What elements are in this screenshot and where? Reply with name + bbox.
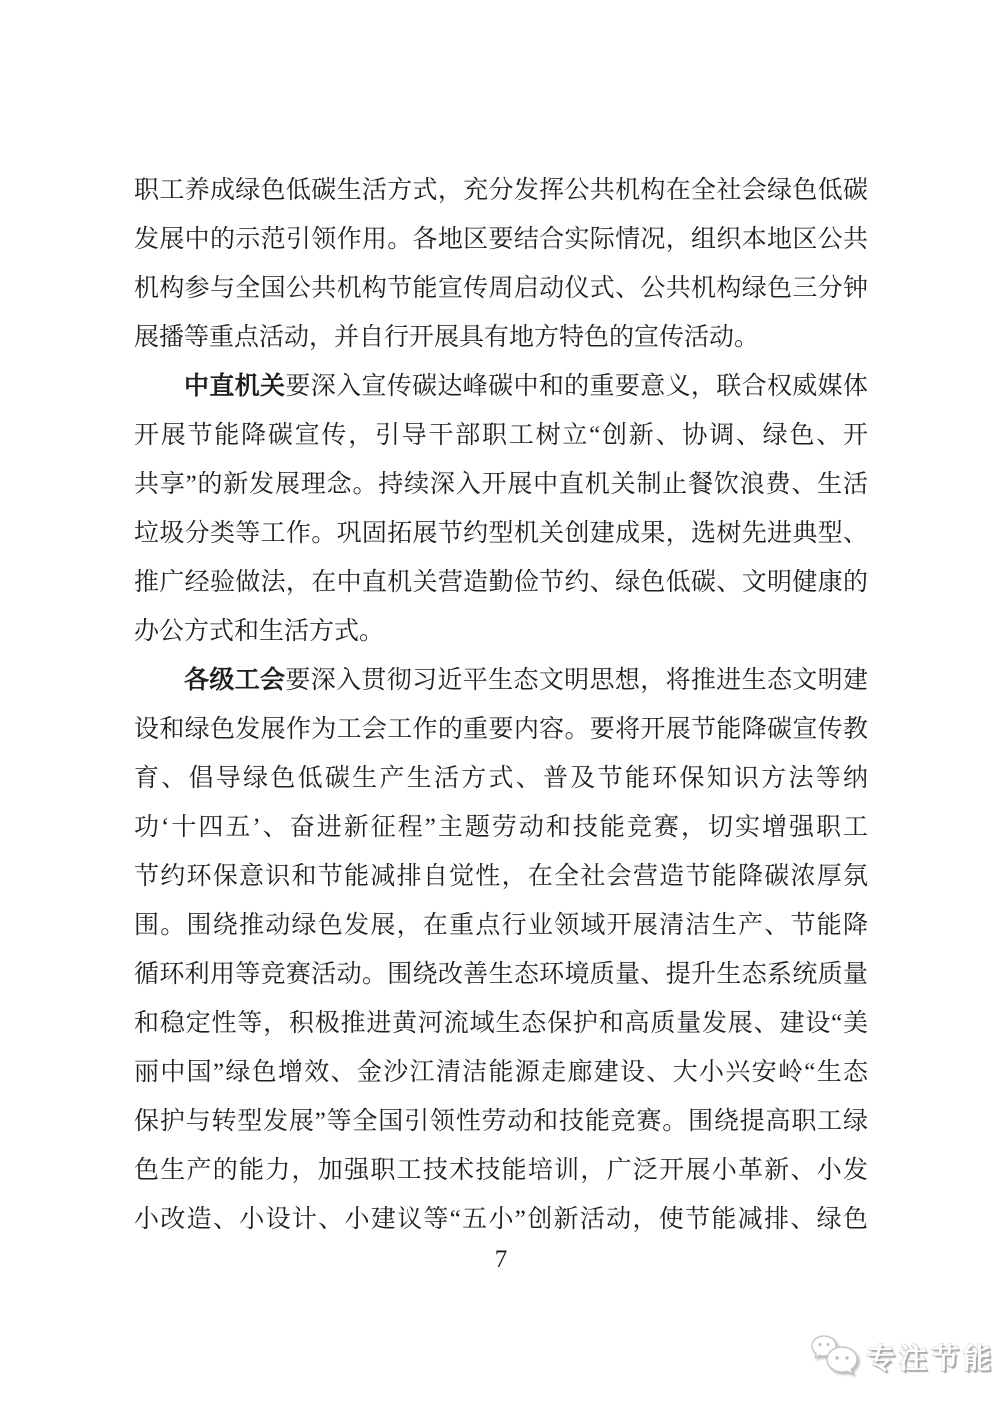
text-segment: 推广经验做法，在中直机关营造勤俭节约、绿色低碳、文明健康的	[134, 569, 868, 596]
text-line: 开展节能降碳宣传，引导干部职工树立“创新、协调、绿色、开放、	[134, 411, 868, 460]
text-line: 共享”的新发展理念。持续深入开展中直机关制止餐饮浪费、生活	[134, 460, 868, 509]
watermark: 专注节能	[810, 1334, 992, 1380]
text-segment: 和稳定性等，积极推进黄河流域生态保护和高质量发展、建设“美	[134, 1010, 868, 1037]
text-line: 垃圾分类等工作。巩固拓展节约型机关创建成果，选树先进典型、	[134, 509, 868, 558]
text-line: 办公方式和生活方式。	[134, 607, 868, 656]
text-line: 循环利用等竞赛活动。围绕改善生态环境质量、提升生态系统质量	[134, 950, 868, 999]
page-number: 7	[134, 1240, 868, 1280]
text-line: 色生产的能力，加强职工技术技能培训，广泛开展小革新、小发明、	[134, 1146, 868, 1195]
text-segment: 垃圾分类等工作。巩固拓展节约型机关创建成果，选树先进典型、	[134, 520, 868, 547]
text-line: 机构参与全国公共机构节能宣传周启动仪式、公共机构绿色三分钟	[134, 264, 868, 313]
wechat-icon	[810, 1334, 860, 1380]
text-segment: 机构参与全国公共机构节能宣传周启动仪式、公共机构绿色三分钟	[134, 275, 868, 302]
paragraph-lead-bold: 各级工会	[184, 667, 285, 694]
text-line: 推广经验做法，在中直机关营造勤俭节约、绿色低碳、文明健康的	[134, 558, 868, 607]
text-segment: 节约环保意识和节能减排自觉性，在全社会营造节能降碳浓厚氛	[134, 863, 868, 890]
text-segment: 围。围绕推动绿色发展，在重点行业领域开展清洁生产、节能降碳、	[134, 912, 868, 950]
text-line: 丽中国”绿色增效、金沙江清洁能源走廊建设、大小兴安岭“生态	[134, 1048, 868, 1097]
text-segment: 开展节能降碳宣传，引导干部职工树立“创新、协调、绿色、开放、	[134, 422, 868, 460]
text-line: 设和绿色发展作为工会工作的重要内容。要将开展节能降碳宣传教	[134, 705, 868, 754]
text-segment: 育、倡导绿色低碳生产生活方式、普及节能环保知识方法等纳入“建	[134, 765, 868, 803]
text-line: 中直机关要深入宣传碳达峰碳中和的重要意义，联合权威媒体	[134, 362, 868, 411]
watermark-label: 专注节能	[867, 1337, 992, 1377]
paragraph-lead-bold: 中直机关	[184, 373, 285, 400]
text-line: 功‘十四五’、奋进新征程”主题劳动和技能竞赛，切实增强职工	[134, 803, 868, 852]
text-line: 保护与转型发展”等全国引领性劳动和技能竞赛。围绕提高职工绿	[134, 1097, 868, 1146]
text-segment: 展播等重点活动，并自行开展具有地方特色的宣传活动。	[134, 324, 759, 351]
text-line: 展播等重点活动，并自行开展具有地方特色的宣传活动。	[134, 313, 868, 362]
text-segment: 色生产的能力，加强职工技术技能培训，广泛开展小革新、小发明、	[134, 1157, 868, 1195]
text-line: 节约环保意识和节能减排自觉性，在全社会营造节能降碳浓厚氛	[134, 852, 868, 901]
text-segment: 共享”的新发展理念。持续深入开展中直机关制止餐饮浪费、生活	[134, 471, 868, 498]
text-segment: 丽中国”绿色增效、金沙江清洁能源走廊建设、大小兴安岭“生态	[134, 1059, 868, 1086]
text-segment: 功‘十四五’、奋进新征程”主题劳动和技能竞赛，切实增强职工	[134, 814, 868, 841]
text-segment: 发展中的示范引领作用。各地区要结合实际情况，组织本地区公共	[134, 226, 868, 253]
text-line: 围。围绕推动绿色发展，在重点行业领域开展清洁生产、节能降碳、	[134, 901, 868, 950]
text-line: 和稳定性等，积极推进黄河流域生态保护和高质量发展、建设“美	[134, 999, 868, 1048]
text-segment: 循环利用等竞赛活动。围绕改善生态环境质量、提升生态系统质量	[134, 961, 868, 988]
text-segment: 要深入宣传碳达峰碳中和的重要意义，联合权威媒体	[285, 373, 868, 400]
text-line: 小改造、小设计、小建议等“五小”创新活动，使节能减排、绿色	[134, 1195, 868, 1244]
text-segment: 要深入贯彻习近平生态文明思想，将推进生态文明建	[285, 667, 868, 694]
text-line: 发展中的示范引领作用。各地区要结合实际情况，组织本地区公共	[134, 215, 868, 264]
text-line: 职工养成绿色低碳生活方式，充分发挥公共机构在全社会绿色低碳	[134, 166, 868, 215]
text-segment: 办公方式和生活方式。	[134, 618, 384, 645]
document-page: 职工养成绿色低碳生活方式，充分发挥公共机构在全社会绿色低碳发展中的示范引领作用。…	[0, 0, 992, 1403]
text-segment: 小改造、小设计、小建议等“五小”创新活动，使节能减排、绿色	[134, 1206, 868, 1233]
text-segment: 设和绿色发展作为工会工作的重要内容。要将开展节能降碳宣传教	[134, 716, 868, 743]
text-segment: 保护与转型发展”等全国引领性劳动和技能竞赛。围绕提高职工绿	[134, 1108, 868, 1135]
text-line: 育、倡导绿色低碳生产生活方式、普及节能环保知识方法等纳入“建	[134, 754, 868, 803]
text-segment: 职工养成绿色低碳生活方式，充分发挥公共机构在全社会绿色低碳	[134, 177, 868, 204]
document-body: 职工养成绿色低碳生活方式，充分发挥公共机构在全社会绿色低碳发展中的示范引领作用。…	[134, 166, 868, 1244]
text-line: 各级工会要深入贯彻习近平生态文明思想，将推进生态文明建	[134, 656, 868, 705]
